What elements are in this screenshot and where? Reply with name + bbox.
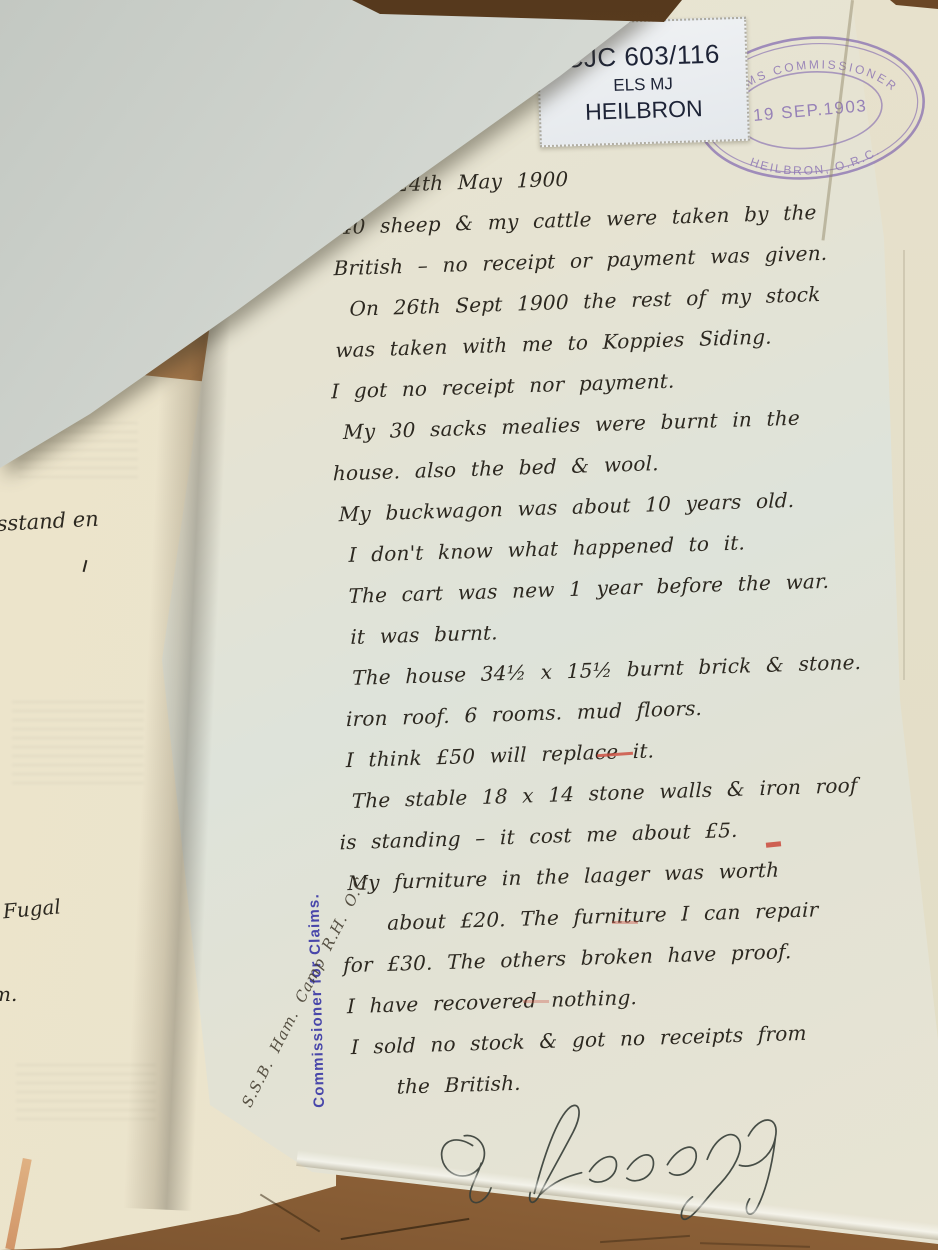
page-crease — [903, 250, 905, 680]
photo-of-document: misstand en ss Fugal m. CLAIMS COMMISSIO… — [0, 0, 938, 1250]
folded-cover-sheet — [0, 0, 938, 1250]
folded-cover-sheet-shadow — [0, 0, 938, 1250]
